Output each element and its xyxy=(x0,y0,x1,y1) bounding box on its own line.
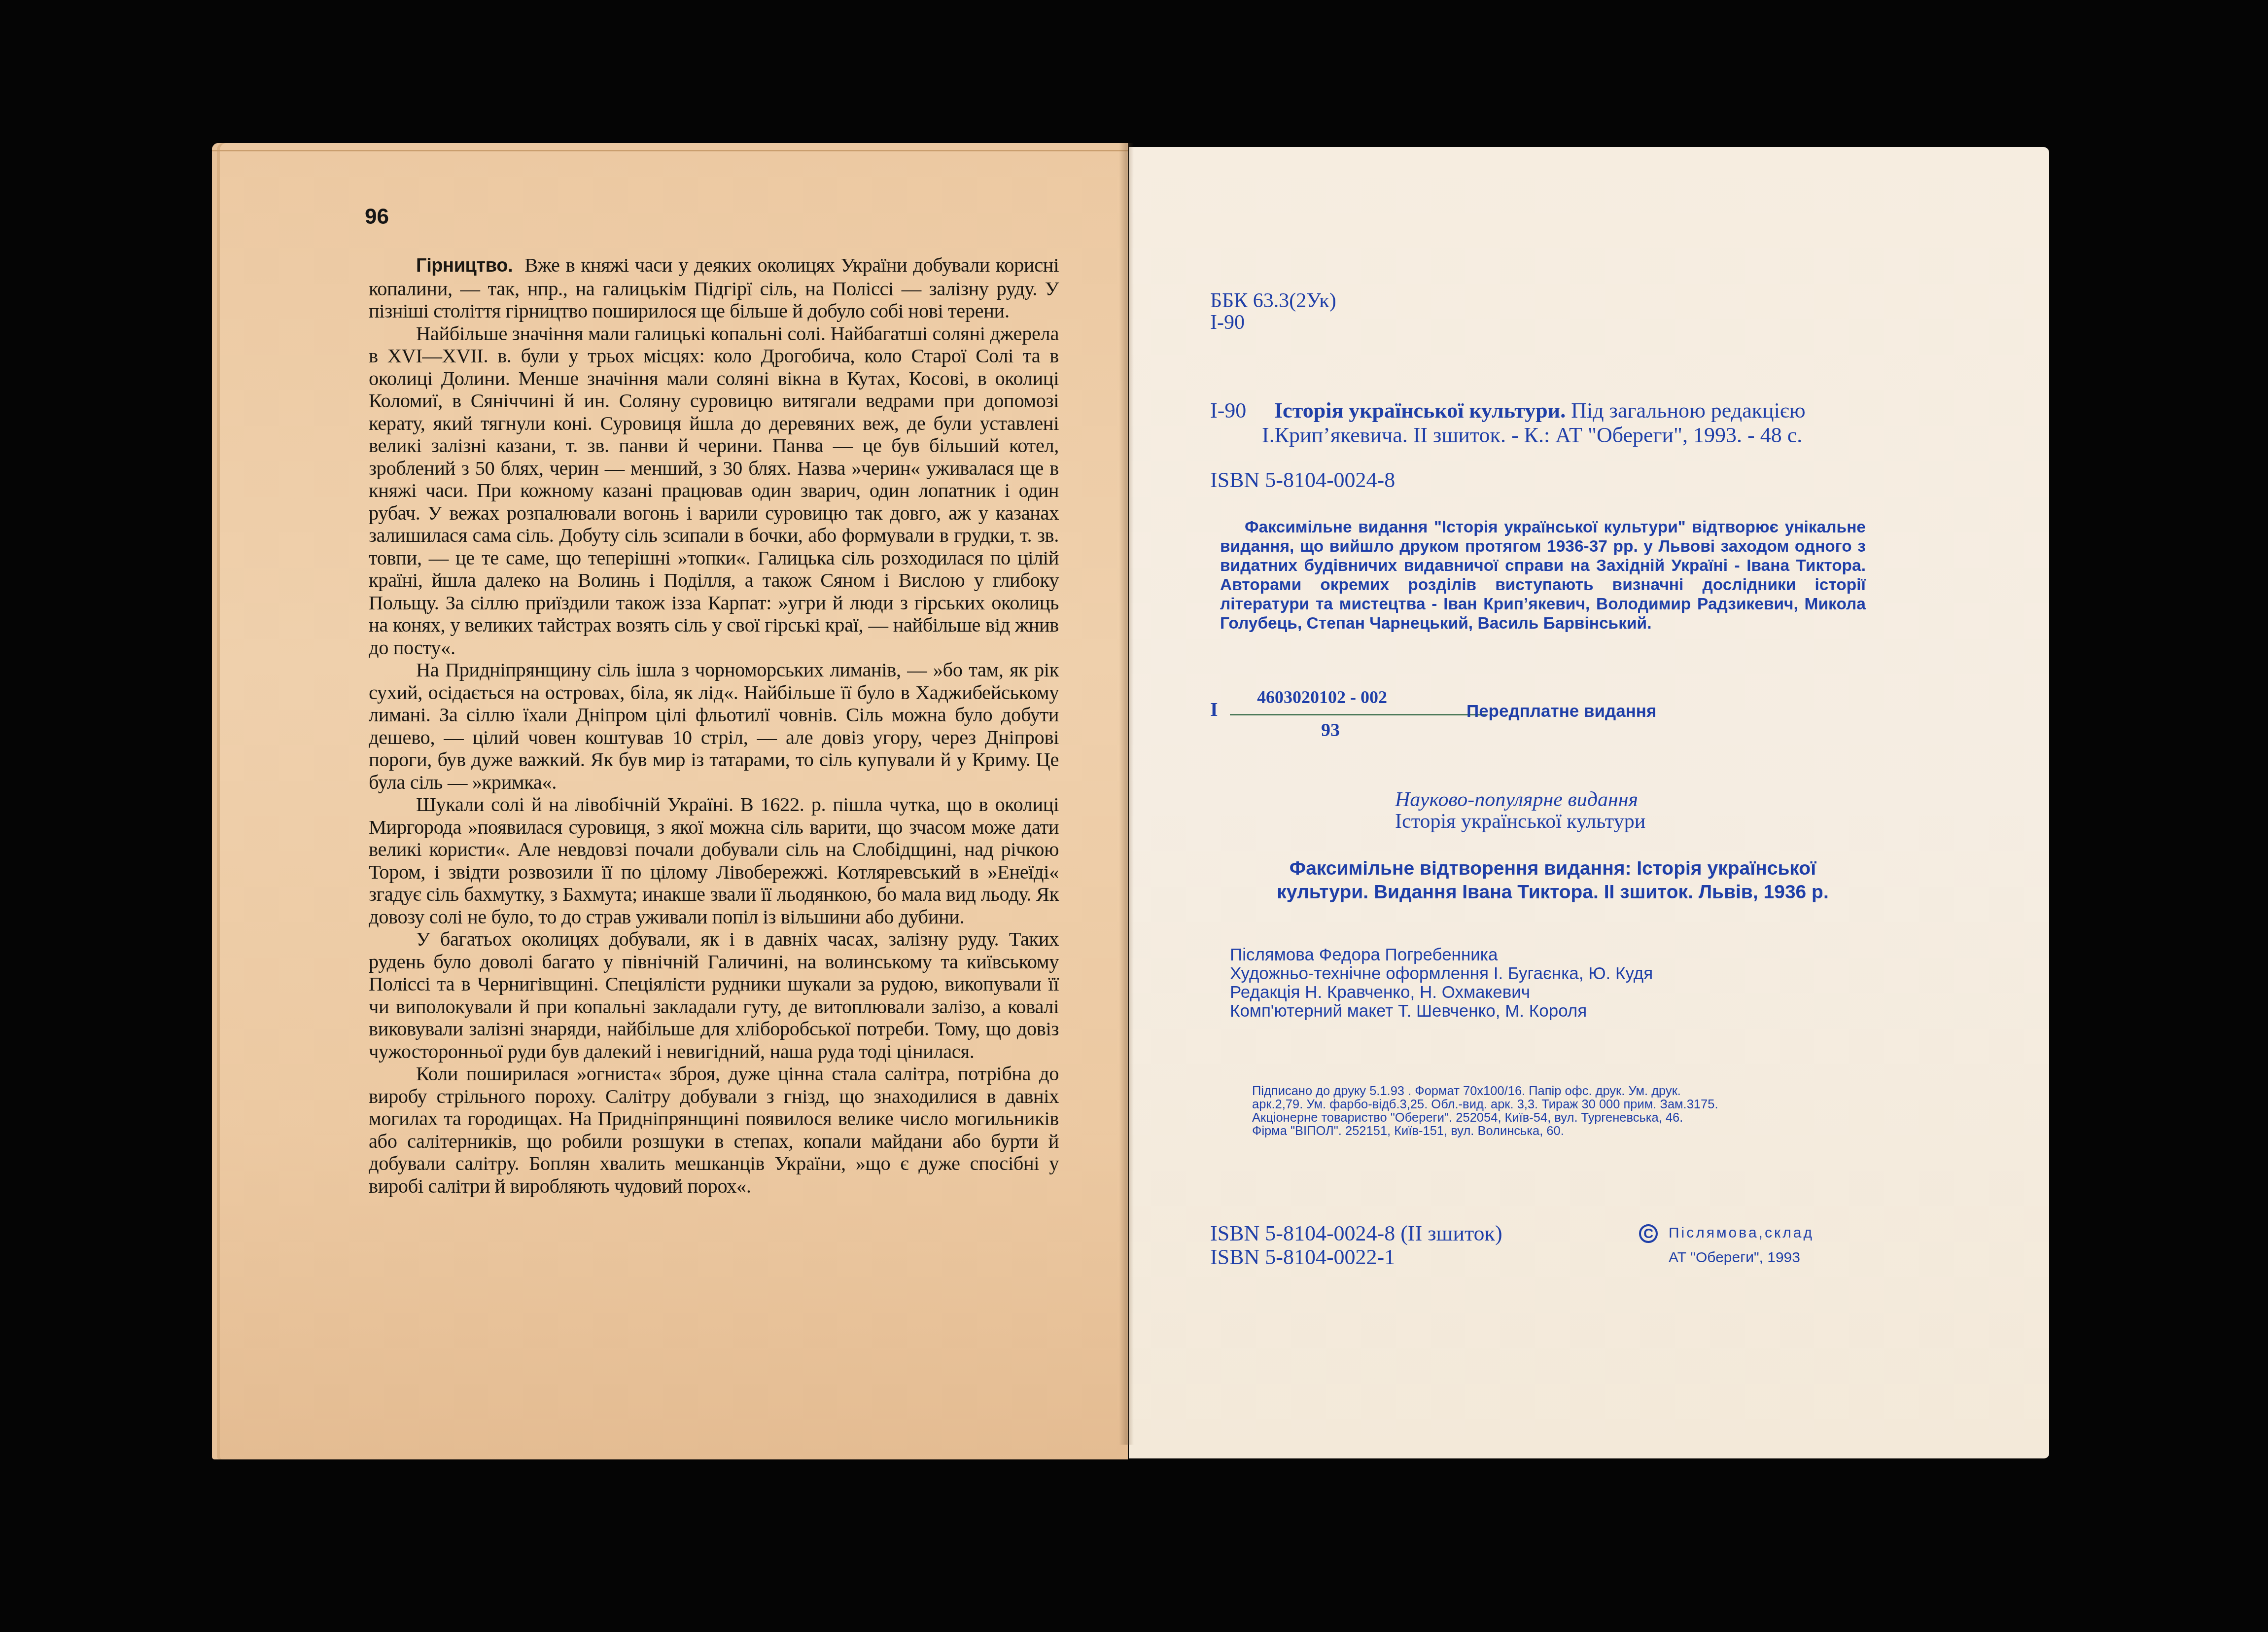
paragraph: Шукали солі й на лівобічній Україні. В 1… xyxy=(369,793,1059,928)
body-text: Гірництво. Вже в княжі часи у деяких око… xyxy=(369,254,1059,1197)
paragraph: У багатьох околицях добували, як і в дав… xyxy=(369,928,1059,1063)
right-page: ББК 63.3(2Ук) І-90 І-90Історія українськ… xyxy=(1129,147,2049,1458)
genre: Науково-популярне видання Історія україн… xyxy=(1395,789,1645,832)
isbn-list: ISBN 5-8104-0024-8 (II зшиток) ISBN 5-81… xyxy=(1210,1222,1502,1269)
imprint: Підписано до друку 5.1.93 . Формат 70х10… xyxy=(1252,1085,1844,1138)
facsimile-note: Факсимільне відтворення видання: Історія… xyxy=(1232,857,1873,904)
catalog-index: І-90 xyxy=(1210,398,1274,423)
isbn-main: ISBN 5-8104-0024-8 xyxy=(1210,467,1395,493)
book-gutter xyxy=(1119,143,1134,1445)
book-title: Історія української культури. xyxy=(1274,398,1566,423)
paragraph: Гірництво. Вже в княжі часи у деяких око… xyxy=(369,254,1059,322)
paragraph: Коли поширилася »огниста« зброя, дуже ці… xyxy=(369,1063,1059,1197)
fraction-bar xyxy=(1230,714,1486,715)
credit-line: Комп'ютерний макет Т. Шевченко, М. Корол… xyxy=(1230,1002,1653,1021)
subscription-note: Передплатне видання xyxy=(1466,702,1656,721)
credit-line: Редакція Н. Кравченко, Н. Охмакевич xyxy=(1230,983,1653,1002)
page-number: 96 xyxy=(365,205,389,229)
paragraph: На Придніпрянщину сіль ішла з чорноморсь… xyxy=(369,659,1059,793)
catalog-entry: І-90Історія української культури. Під за… xyxy=(1210,398,1925,448)
bbk-classification: ББК 63.3(2Ук) І-90 xyxy=(1210,290,1336,333)
paragraph: Найбільше значіння мали галицькі копальн… xyxy=(369,322,1059,659)
credit-line: Післямова Федора Погребенника xyxy=(1230,946,1653,964)
section-title: Гірництво. xyxy=(416,255,513,276)
credits: Післямова Федора Погребенника Художньо-т… xyxy=(1230,946,1653,1021)
left-page: 96 Гірництво. Вже в княжі часи у деяких … xyxy=(212,143,1128,1459)
annotation: Факсимільне видання "Історія української… xyxy=(1220,518,1866,633)
copyright-icon: C xyxy=(1639,1224,1658,1243)
index-fraction: І 4603020102 - 002 93 Передплатне виданн… xyxy=(1210,687,1802,746)
copyright-block: CПіслямова,склад АТ "Обереги", 1993 xyxy=(1639,1221,1814,1270)
credit-line: Художньо-технічне оформлення І. Бугаєнка… xyxy=(1230,964,1653,983)
